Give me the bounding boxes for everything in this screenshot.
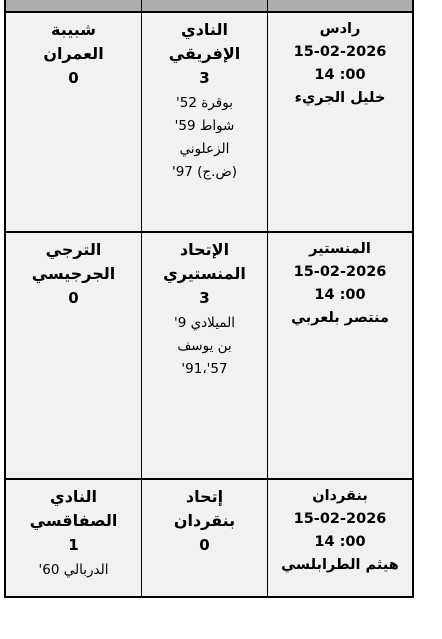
team-score: 0 bbox=[6, 66, 141, 90]
match-time: 14 :00 bbox=[268, 284, 412, 307]
text-line: الميلادي 9' bbox=[142, 312, 267, 335]
text-line: النادي bbox=[142, 18, 267, 42]
text-line: بن يوسف bbox=[142, 335, 267, 358]
header-cell bbox=[6, 0, 141, 11]
team-name: الترجيالجرجيسي bbox=[6, 238, 141, 286]
text-line: شواط 59' bbox=[142, 115, 267, 138]
match-date: 15-02-2026 bbox=[268, 41, 412, 64]
team-score: 1 bbox=[6, 533, 141, 557]
text-line: الصفاقسي bbox=[6, 509, 141, 533]
venue: المنستير bbox=[268, 238, 412, 261]
team-cell-left: الناديالصفاقسي 1 الدربالي 60' bbox=[6, 480, 141, 596]
team-cell-middle: إتحادبنقردان 0 bbox=[141, 480, 268, 596]
goal-scorers: الدربالي 60' bbox=[6, 559, 141, 582]
venue: رادس bbox=[268, 18, 412, 41]
text-line: الإتحاد bbox=[142, 238, 267, 262]
text-line: (ض.ج) 97' bbox=[142, 161, 267, 184]
table-header-row bbox=[6, 0, 412, 13]
goal-scorers: الميلادي 9'بن يوسف57'،91' bbox=[142, 312, 267, 381]
match-info-cell: رادس 15-02-2026 14 :00 خليل الجريء bbox=[268, 13, 412, 231]
match-info-cell: بنقردان 15-02-2026 14 :00 هيثم الطرابلسي bbox=[268, 480, 412, 596]
match-results-table: شبيبةالعمران 0 الناديالإفريقي 3 بوقرة 52… bbox=[4, 0, 414, 598]
text-line: الدربالي 60' bbox=[6, 559, 141, 582]
goal-scorers: بوقرة 52'شواط 59'الزعلوني(ض.ج) 97' bbox=[142, 92, 267, 184]
text-line: الترجي bbox=[6, 238, 141, 262]
text-line: الزعلوني bbox=[142, 138, 267, 161]
match-row: شبيبةالعمران 0 الناديالإفريقي 3 بوقرة 52… bbox=[6, 13, 412, 233]
match-row: الناديالصفاقسي 1 الدربالي 60' إتحادبنقرد… bbox=[6, 480, 412, 598]
team-score: 3 bbox=[142, 66, 267, 90]
text-line: النادي bbox=[6, 485, 141, 509]
referee-name: خليل الجريء bbox=[268, 87, 412, 110]
team-name: شبيبةالعمران bbox=[6, 18, 141, 66]
venue: بنقردان bbox=[268, 485, 412, 508]
text-line: بوقرة 52' bbox=[142, 92, 267, 115]
team-name: إتحادبنقردان bbox=[142, 485, 267, 533]
match-date: 15-02-2026 bbox=[268, 508, 412, 531]
text-line: بنقردان bbox=[142, 509, 267, 533]
header-cell bbox=[141, 0, 268, 11]
text-line: الإفريقي bbox=[142, 42, 267, 66]
text-line: 57'،91' bbox=[142, 358, 267, 381]
team-cell-left: الترجيالجرجيسي 0 bbox=[6, 233, 141, 478]
team-name: الناديالإفريقي bbox=[142, 18, 267, 66]
referee-name: هيثم الطرابلسي bbox=[268, 554, 412, 577]
match-date: 15-02-2026 bbox=[268, 261, 412, 284]
match-row: الترجيالجرجيسي 0 الإتحادالمنستيري 3 المي… bbox=[6, 233, 412, 480]
team-name: الناديالصفاقسي bbox=[6, 485, 141, 533]
match-time: 14 :00 bbox=[268, 531, 412, 554]
text-line: الجرجيسي bbox=[6, 262, 141, 286]
text-line: المنستيري bbox=[142, 262, 267, 286]
text-line: إتحاد bbox=[142, 485, 267, 509]
team-cell-middle: الإتحادالمنستيري 3 الميلادي 9'بن يوسف57'… bbox=[141, 233, 268, 478]
header-cell bbox=[268, 0, 412, 11]
referee-name: منتصر بلعربي bbox=[268, 307, 412, 330]
match-info-cell: المنستير 15-02-2026 14 :00 منتصر بلعربي bbox=[268, 233, 412, 478]
team-score: 3 bbox=[142, 286, 267, 310]
text-line: العمران bbox=[6, 42, 141, 66]
text-line: شبيبة bbox=[6, 18, 141, 42]
team-cell-left: شبيبةالعمران 0 bbox=[6, 13, 141, 231]
team-score: 0 bbox=[142, 533, 267, 557]
match-time: 14 :00 bbox=[268, 64, 412, 87]
team-name: الإتحادالمنستيري bbox=[142, 238, 267, 286]
team-cell-middle: الناديالإفريقي 3 بوقرة 52'شواط 59'الزعلو… bbox=[141, 13, 268, 231]
team-score: 0 bbox=[6, 286, 141, 310]
